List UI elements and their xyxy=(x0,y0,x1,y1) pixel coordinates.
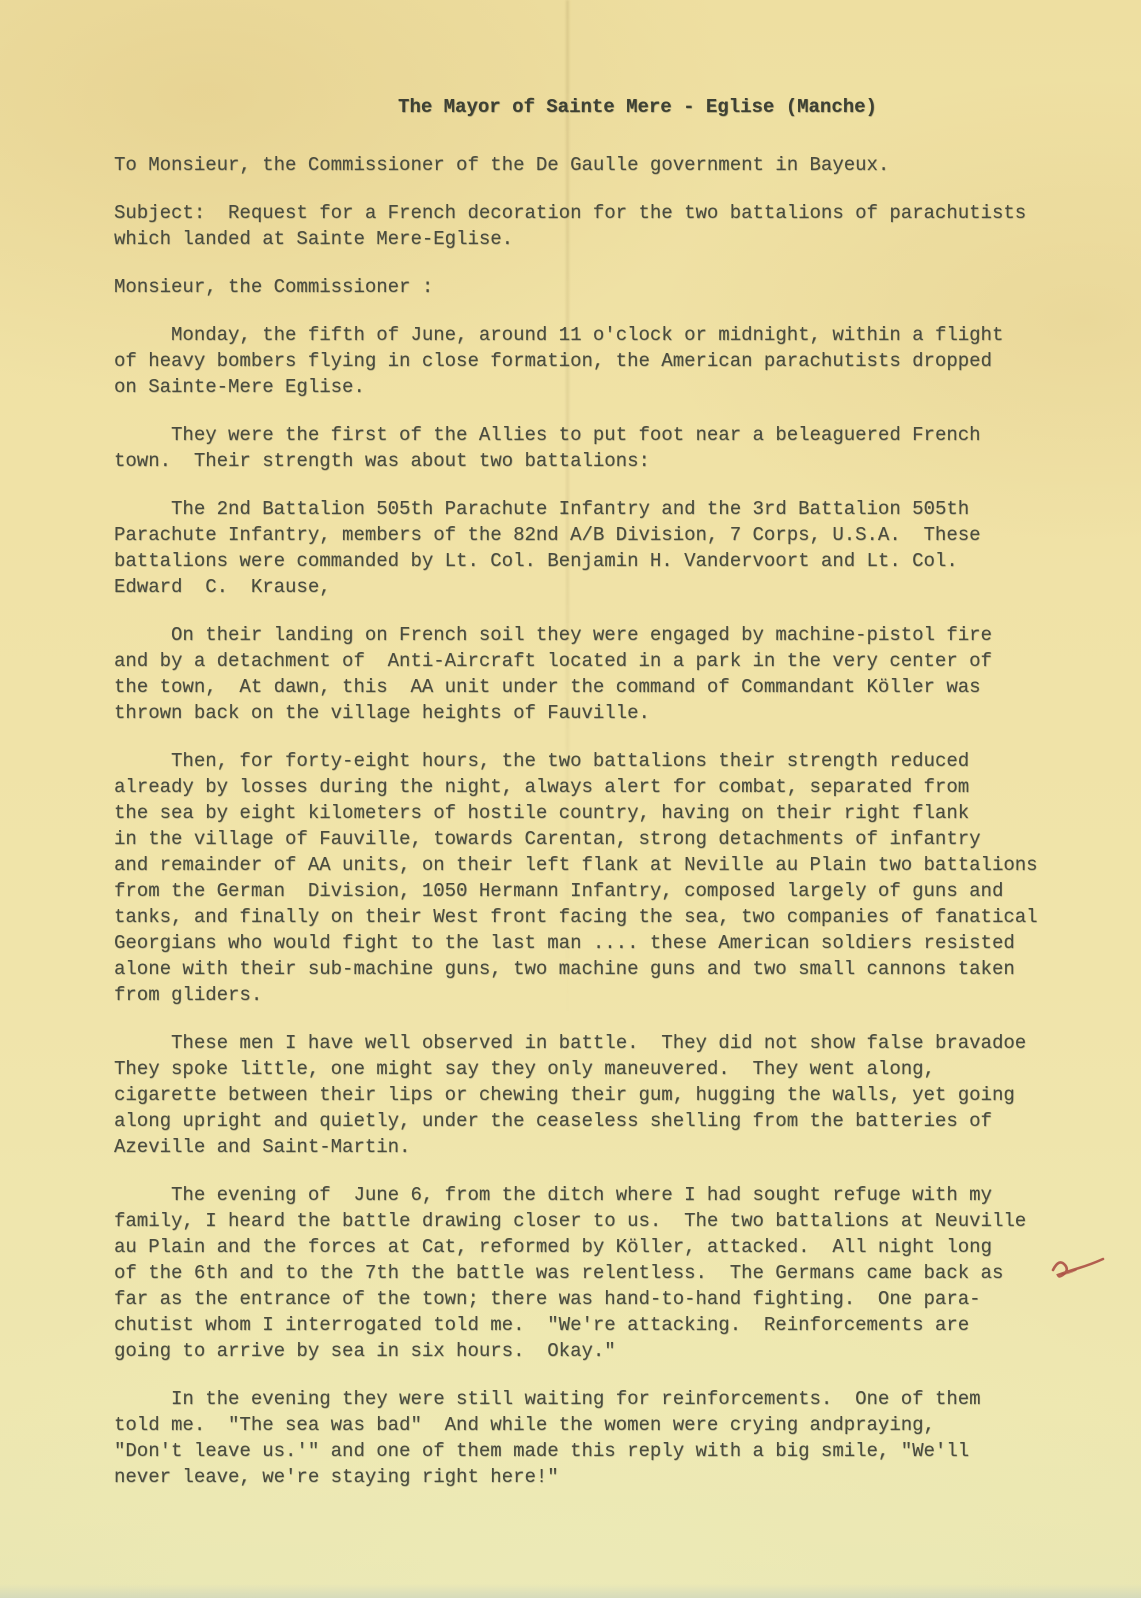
paragraph-monday-drop: Monday, the fifth of June, around 11 o'c… xyxy=(114,322,1091,400)
salutation-line: Monsieur, the Commissioner : xyxy=(114,274,1091,300)
paragraph-battalions: The 2nd Battalion 505th Parachute Infant… xyxy=(114,496,1091,600)
letter-title: The Mayor of Sainte Mere - Eglise (Manch… xyxy=(114,94,1091,120)
letter-content: The Mayor of Sainte Mere - Eglise (Manch… xyxy=(0,0,1141,1490)
paragraph-still-waiting: In the evening they were still waiting f… xyxy=(114,1386,1091,1490)
scanned-letter-page: The Mayor of Sainte Mere - Eglise (Manch… xyxy=(0,0,1141,1598)
paragraph-landing-engagement: On their landing on French soil they wer… xyxy=(114,622,1091,726)
paragraph-evening-june-6: The evening of June 6, from the ditch wh… xyxy=(114,1182,1091,1364)
subject-line: Subject: Request for a French decoration… xyxy=(114,200,1091,252)
paragraph-first-allies: They were the first of the Allies to put… xyxy=(114,422,1091,474)
scan-edge xyxy=(0,1584,1141,1598)
paragraph-forty-eight-hours: Then, for forty-eight hours, the two bat… xyxy=(114,748,1091,1008)
red-pencil-checkmark-icon xyxy=(1046,1250,1110,1290)
paragraph-observed-in-battle: These men I have well observed in battle… xyxy=(114,1030,1091,1160)
addressee-line: To Monsieur, the Commissioner of the De … xyxy=(114,152,1091,178)
